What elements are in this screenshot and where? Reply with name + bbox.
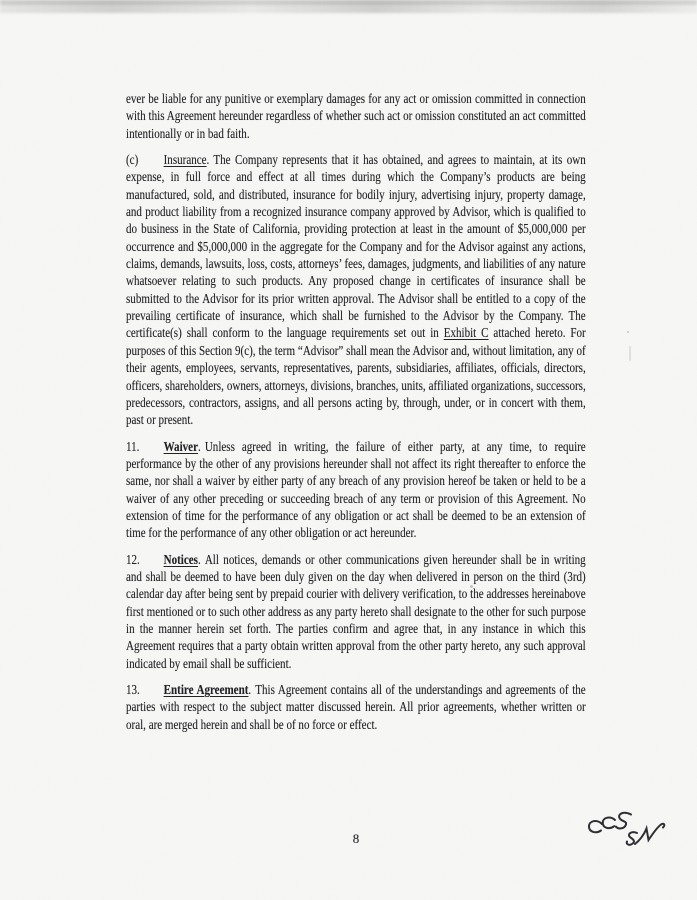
clause-heading: Insurance — [164, 152, 207, 167]
clause-label: 11. — [126, 438, 164, 455]
scan-artifact-top-edge — [0, 0, 697, 5]
handwritten-initials: CCS — [578, 810, 678, 865]
clause-text: ever be liable for any punitive or exemp… — [126, 91, 586, 141]
clause-label: (c) — [126, 151, 164, 168]
scan-speck — [627, 331, 629, 333]
clause-heading-period: . — [198, 439, 201, 454]
clause-heading-period: . — [198, 552, 201, 567]
clause-label: 12. — [126, 551, 164, 568]
clause-heading-period: . — [207, 152, 210, 167]
paragraph-12-notices: 12.Notices.All notices, demands or other… — [126, 551, 586, 672]
clause-heading-period: . — [248, 682, 251, 697]
paragraph-c-insurance: (c)Insurance.The Company represents that… — [126, 151, 586, 429]
clause-text: All notices, demands or other communicat… — [126, 552, 586, 671]
paragraph-11-waiver: 11.Waiver.Unless agreed in writing, the … — [126, 438, 586, 542]
clause-heading: Notices — [164, 552, 198, 567]
page-number: 8 — [126, 831, 586, 847]
clause-text: attached hereto. For purposes of this Se… — [126, 325, 586, 427]
handwritten-initials-drawing — [578, 810, 678, 865]
contract-text-block: ever be liable for any punitive or exemp… — [126, 90, 586, 733]
scanned-page: ever be liable for any punitive or exemp… — [0, 0, 697, 900]
scan-speck — [629, 346, 631, 361]
clause-heading: Waiver — [164, 439, 198, 454]
clause-label: 13. — [126, 681, 164, 698]
paragraph-continuation: ever be liable for any punitive or exemp… — [126, 90, 586, 142]
clause-heading: Entire Agreement — [164, 682, 249, 697]
paragraph-13-entire-agreement: 13.Entire Agreement.This Agreement conta… — [126, 681, 586, 733]
exhibit-reference: Exhibit C — [444, 325, 489, 340]
clause-text: The Company represents that it has obtai… — [126, 152, 586, 340]
